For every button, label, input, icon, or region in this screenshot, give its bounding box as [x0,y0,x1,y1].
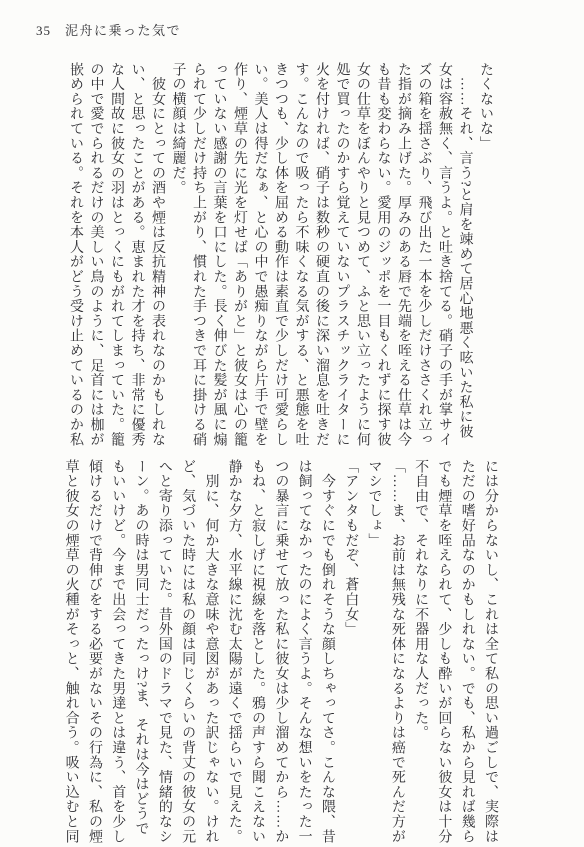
text-column: られて少しだけ持ち上がり、慣れた手つきで耳に掛ける硝 [185,62,206,450]
text-column: 傾けるだけで背伸びをする必要がないその行為に、私の煙 [78,459,101,847]
text-column: た指が摘み上げた。厚みのある唇で先端を咥える仕草は今 [390,62,411,450]
text-column: もね、と寂しげに視線を落とした。鴉の声すら聞こえない [241,459,264,847]
lower-text-block: には分からないし、これは全て私の思い過ごしで、実際はただの嗜好品なのかもしれない… [54,459,497,847]
text-column: 子の横顔は綺麗だ。 [164,62,185,450]
text-column: 火を付ければ、硝子は数秒の硬直の後に深い溜息を吐きだ [308,62,329,450]
text-column: 彼女にとっての酒や煙は反抗精神の表れなのかもしれな [144,62,165,450]
text-column: 「アンタもだぞ、蒼白女」 [334,459,357,847]
page-header: 35 泥舟に乗った気で [36,20,181,39]
text-column: い。美人は得だなぁ、と心の中で愚痴りながら片手で壁を [246,62,267,450]
text-column: 作り、煙草の先に光を灯せば「ありがと」と彼女は心の籠 [226,62,247,450]
novel-page: 35 泥舟に乗った気で たくないな」 ……それ、言う?と肩を竦めて居心地悪く呟い… [0,0,584,847]
text-column: でも煙草を咥えられて、少しも酔いが回らない彼女は十分 [427,459,450,847]
text-column: の中で愛でられるだけの美しい鳥のように、足首には枷が [82,62,103,450]
text-column: も昔も変わらない。愛用のジッポを一目もくれずに探す彼 [369,62,390,450]
page-number: 35 [36,23,51,39]
text-column: きつつも、少し体を屈める動作は素直で少しだけ可愛らし [267,62,288,450]
text-column: い、と思ったことがある。恵まれた才を持ち、非常に優秀 [123,62,144,450]
text-column: 静かな夕方、水平線に沈む太陽が遠くで揺らいで見えた。 [217,459,240,847]
text-column: マシでしょ」 [357,459,380,847]
text-column: す。こんなので吸ったら不味くなる気がする、と悪態を吐 [287,62,308,450]
text-column: ただの嗜好品なのかもしれない。でも、私から見れば幾ら [450,459,473,847]
text-column: ……それ、言う?と肩を竦めて居心地悪く呟いた私に彼 [451,62,472,450]
text-column: たくないな」 [472,62,493,450]
text-column: 処で買ったのかすら覚えていないプラスチックライターに [328,62,349,450]
text-column: ーン。あの時は男同士だったっけ?ま、それは今はどうで [124,459,147,847]
text-column: っていない感謝の言葉を口にした。長く伸びた髪が風に煽 [205,62,226,450]
upper-text-block: たくないな」 ……それ、言う?と肩を竦めて居心地悪く呟いた私に彼女は容赦無く、言… [62,62,493,450]
text-column: ズの箱を揺さぶり、飛び出た一本を少しだけささくれ立っ [410,62,431,450]
text-column: には分からないし、これは全て私の思い過ごしで、実際は [474,459,497,847]
text-column: は飼ってなかったのによく言うよ。そんな想いをたった一 [287,459,310,847]
text-column: ど、気づいた時には私の顔は同じくらいの背丈の彼女の元 [171,459,194,847]
chapter-title: 泥舟に乗った気で [65,20,181,39]
text-column: 別に、何か大きな意味や意図があった訳じゃない。けれ [194,459,217,847]
text-column: 不自由で、それなりに不器用な人だった。 [404,459,427,847]
text-column: 嵌められている。それを本人がどう受け止めているのか私 [62,62,83,450]
text-column: つの暴言に乗せて放った私に彼女は少し溜めてから……か [264,459,287,847]
text-column: もいいけど。今まで出会ってきた男達とは違う、首を少し [101,459,124,847]
text-column: 今すぐにでも倒れそうな顔しちゃってさ。こんな隈、昔 [311,459,334,847]
text-column: な人間故に彼女の羽はとっくにもがれてしまっていた。籠 [103,62,124,450]
text-column: へと寄り添っていた。昔外国のドラマで見た、情緒的なシ [148,459,171,847]
text-column: 女は容赦無く、言うよ。と吐き捨てる。硝子の手が掌サイ [431,62,452,450]
text-column: 女の仕草をぼんやりと見つめて、ふと思い立ったように何 [349,62,370,450]
text-column: 草と彼女の煙草の火種がそっと、触れ合う。吸い込むと同 [54,459,77,847]
text-column: 「……ま、お前は無残な死体になるよりは癌で死んだ方が [381,459,404,847]
